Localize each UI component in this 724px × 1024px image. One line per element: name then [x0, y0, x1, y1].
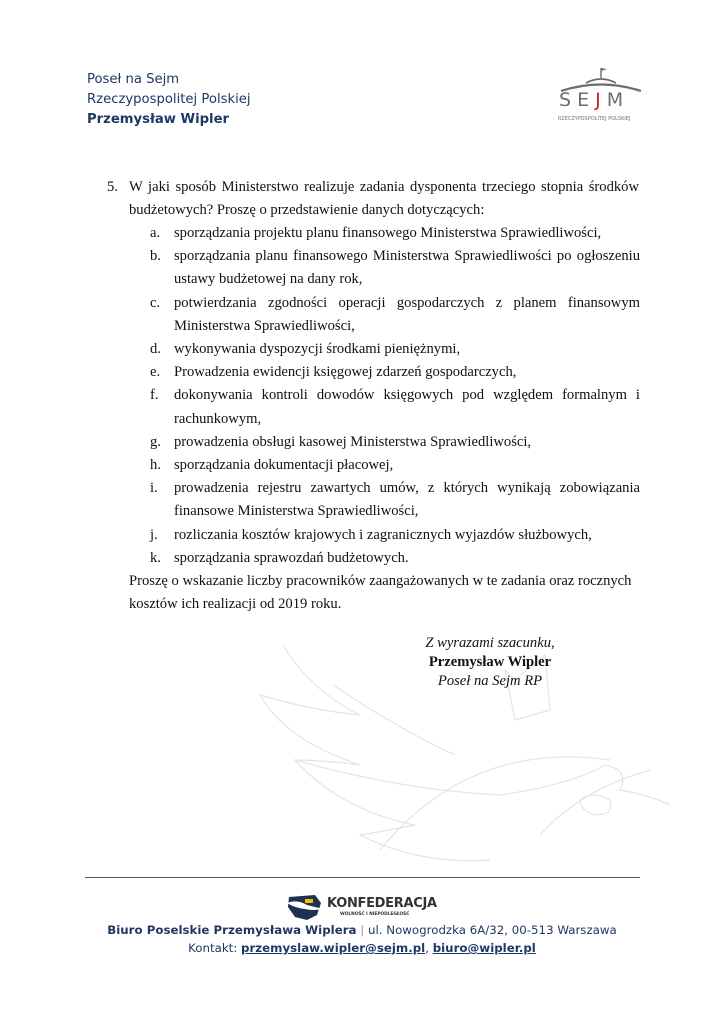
question-items-list: a.sporządzania projektu planu finansoweg…	[150, 222, 640, 570]
party-name: KONFEDERACJA	[327, 896, 437, 911]
letterhead-name: Przemysław Wipler	[87, 110, 251, 130]
question-number: 5.	[107, 176, 118, 199]
signature-greeting: Z wyrazami szacunku,	[390, 634, 590, 653]
konfederacja-logo: KONFEDERACJA WOLNOŚĆ I NIEPODLEGŁOŚĆ	[285, 893, 455, 923]
sejm-wordmark: SEJM	[559, 89, 644, 111]
list-item: i.prowadzenia rejestru zawartych umów, z…	[150, 477, 640, 523]
email-link-biuro[interactable]: biuro@wipler.pl	[433, 941, 536, 955]
party-subtitle: WOLNOŚĆ I NIEPODLEGŁOŚĆ	[340, 912, 409, 917]
list-item: d.wykonywania dyspozycji środkami pienię…	[150, 338, 640, 361]
office-street-address: ul. Nowogrodzka 6A/32, 00-513 Warszawa	[368, 923, 617, 937]
email-link-sejm[interactable]: przemyslaw.wipler@sejm.pl	[241, 941, 425, 955]
signature-name: Przemysław Wipler	[390, 653, 590, 672]
signature-title: Poseł na Sejm RP	[390, 672, 590, 691]
list-item: g.prowadzenia obsługi kasowej Ministerst…	[150, 431, 640, 454]
list-item: f.dokonywania kontroli dowodów księgowyc…	[150, 384, 640, 430]
list-item: e.Prowadzenia ewidencji księgowej zdarze…	[150, 361, 640, 384]
signature-block: Z wyrazami szacunku, Przemysław Wipler P…	[390, 634, 590, 691]
list-item: b.sporządzania planu finansowego Ministe…	[150, 245, 640, 291]
konfederacja-emblem-icon	[285, 893, 325, 921]
list-item: c.potwierdzania zgodności operacji gospo…	[150, 292, 640, 338]
letterhead-line1: Poseł na Sejm	[87, 70, 251, 90]
sejm-subtitle: RZECZYPOSPOLITEJ POLSKIEJ	[558, 117, 648, 122]
contact-label: Kontakt:	[188, 941, 237, 955]
address-separator: |	[360, 923, 364, 937]
office-address: Biuro Poselskie Przemysława Wiplera | ul…	[0, 923, 724, 937]
office-name: Biuro Poselskie Przemysława Wiplera	[107, 923, 356, 937]
letterhead-line2: Rzeczypospolitej Polskiej	[87, 90, 251, 110]
sejm-logo: SEJM RZECZYPOSPOLITEJ POLSKIEJ	[553, 64, 648, 130]
letterhead: Poseł na Sejm Rzeczypospolitej Polskiej …	[87, 70, 251, 130]
list-item: k.sporządzania sprawozdań budżetowych.	[150, 547, 640, 570]
question-text: W jaki sposób Ministerstwo realizuje zad…	[129, 176, 639, 222]
list-item: a.sporządzania projektu planu finansoweg…	[150, 222, 640, 245]
contact-line: Kontakt: przemyslaw.wipler@sejm.pl, biur…	[0, 941, 724, 955]
list-item: h.sporządzania dokumentacji płacowej,	[150, 454, 640, 477]
closing-request: Proszę o wskazanie liczby pracowników za…	[129, 570, 639, 616]
footer-divider	[85, 877, 640, 878]
document-page: Poseł na Sejm Rzeczypospolitej Polskiej …	[0, 0, 724, 1024]
list-item: j.rozliczania kosztów krajowych i zagran…	[150, 524, 640, 547]
